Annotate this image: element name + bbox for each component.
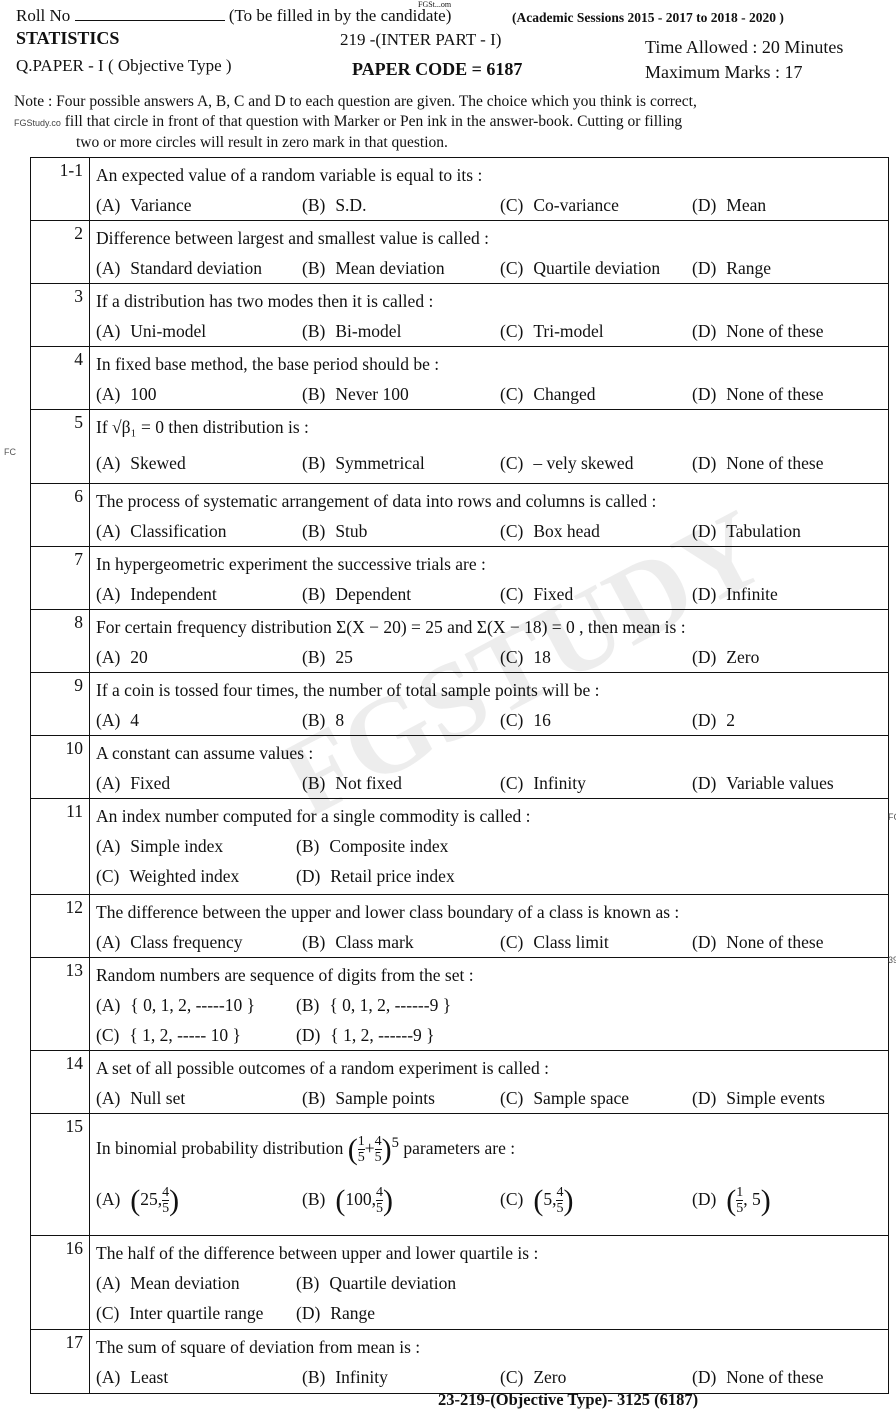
question-body: In fixed base method, the base period sh… bbox=[90, 347, 889, 410]
plus-sign: + bbox=[365, 1138, 375, 1158]
option-text: Simple events bbox=[726, 1088, 825, 1108]
option-text: Class frequency bbox=[130, 932, 242, 952]
option-tail: , 5 bbox=[743, 1189, 761, 1209]
option-letter: (C) bbox=[500, 647, 523, 667]
academic-sessions: (Academic Sessions 2015 - 2017 to 2018 -… bbox=[512, 10, 784, 26]
option-whole: 25, bbox=[140, 1189, 162, 1209]
option-text: Zero bbox=[533, 1367, 566, 1387]
option-text: Class mark bbox=[335, 932, 413, 952]
close-paren: ) bbox=[169, 1184, 179, 1217]
options-row: (A)Skewed(B)Symmetrical(C)– vely skewed(… bbox=[96, 448, 888, 478]
question-body: The half of the difference between upper… bbox=[90, 1236, 889, 1330]
question-text: In binomial probability distribution (15… bbox=[96, 1116, 888, 1170]
options-row: (A)Uni-model(B)Bi-model(C)Tri-model(D)No… bbox=[96, 316, 888, 346]
question-number: 11 bbox=[31, 799, 90, 895]
question-row: 3If a distribution has two modes then it… bbox=[31, 284, 889, 347]
question-row: 15In binomial probability distribution (… bbox=[31, 1114, 889, 1236]
option-letter: (D) bbox=[692, 773, 716, 793]
option-letter: (D) bbox=[692, 1088, 716, 1108]
option-a[interactable]: (A)Class frequency bbox=[96, 927, 302, 957]
option-letter: (D) bbox=[692, 1189, 716, 1209]
question-row: 14A set of all possible outcomes of a ra… bbox=[31, 1051, 889, 1114]
option-text: Weighted index bbox=[129, 866, 239, 886]
option-letter: (C) bbox=[96, 1025, 119, 1045]
option-d[interactable]: (D)Range bbox=[296, 1298, 375, 1328]
question-body: In hypergeometric experiment the success… bbox=[90, 547, 889, 610]
fraction: 45 bbox=[375, 1134, 382, 1165]
instructions-note: Note : Four possible answers A, B, C and… bbox=[14, 92, 884, 153]
option-c[interactable]: (C)Weighted index bbox=[96, 861, 296, 891]
option-letter: (B) bbox=[302, 1189, 325, 1209]
option-d[interactable]: (D)Variable values bbox=[692, 768, 834, 798]
option-letter: (A) bbox=[96, 932, 120, 952]
question-number: 16 bbox=[31, 1236, 90, 1330]
option-letter: (D) bbox=[692, 932, 716, 952]
option-text: Mean deviation bbox=[335, 258, 444, 278]
option-c[interactable]: (C){ 1, 2, ----- 10 } bbox=[96, 1020, 296, 1050]
question-body: An expected value of a random variable i… bbox=[90, 158, 889, 221]
option-whole: 100, bbox=[345, 1189, 376, 1209]
option-text: Infinity bbox=[335, 1367, 388, 1387]
option-letter: (C) bbox=[500, 1088, 523, 1108]
option-letter: (D) bbox=[296, 1025, 320, 1045]
option-text: Classification bbox=[130, 521, 226, 541]
option-text: 2 bbox=[726, 710, 735, 730]
option-c[interactable]: (C)18 bbox=[500, 642, 692, 672]
questions-table: 1-1An expected value of a random variabl… bbox=[30, 157, 889, 1394]
option-letter: (A) bbox=[96, 1088, 120, 1108]
option-text: S.D. bbox=[335, 195, 366, 215]
roll-no-label: Roll No bbox=[16, 6, 70, 25]
subject-title: STATISTICS bbox=[16, 28, 119, 49]
option-letter: (B) bbox=[302, 195, 325, 215]
option-text: Mean deviation bbox=[130, 1273, 239, 1293]
option-c[interactable]: (C)Fixed bbox=[500, 579, 692, 609]
option-a[interactable]: (A)Variance bbox=[96, 190, 302, 220]
question-text: The process of systematic arrangement of… bbox=[96, 486, 888, 516]
question-text: If a coin is tossed four times, the numb… bbox=[96, 675, 888, 705]
option-text: 8 bbox=[335, 710, 344, 730]
options-row: (C)Weighted index(D)Retail price index bbox=[96, 861, 888, 891]
option-text: None of these bbox=[726, 321, 823, 341]
question-body: If a coin is tossed four times, the numb… bbox=[90, 673, 889, 736]
option-letter: (A) bbox=[96, 384, 120, 404]
option-text: Range bbox=[330, 1303, 375, 1323]
option-letter: (C) bbox=[500, 195, 523, 215]
question-row: 4In fixed base method, the base period s… bbox=[31, 347, 889, 410]
option-c[interactable]: (C)Zero bbox=[500, 1362, 692, 1392]
options-row: (A)Fixed(B)Not fixed(C)Infinity(D)Variab… bbox=[96, 768, 888, 798]
option-letter: (A) bbox=[96, 321, 120, 341]
side-mark-right-2: 39 bbox=[888, 955, 896, 965]
option-letter: (C) bbox=[500, 321, 523, 341]
option-text: Simple index bbox=[130, 836, 223, 856]
option-letter: (D) bbox=[692, 521, 716, 541]
option-b[interactable]: (B)25 bbox=[302, 642, 500, 672]
option-a[interactable]: (A)Independent bbox=[96, 579, 302, 609]
option-letter: (A) bbox=[96, 195, 120, 215]
option-letter: (A) bbox=[96, 1189, 120, 1209]
option-a[interactable]: (A){ 0, 1, 2, -----10 } bbox=[96, 990, 296, 1020]
option-text: Symmetrical bbox=[335, 453, 424, 473]
roll-no-field[interactable] bbox=[75, 6, 225, 21]
option-d[interactable]: (D)None of these bbox=[692, 927, 824, 957]
roll-no-row: Roll No (To be filled in by the candidat… bbox=[16, 6, 451, 26]
option-b[interactable]: (B)Bi-model bbox=[302, 316, 500, 346]
option-letter: (C) bbox=[500, 710, 523, 730]
question-number: 12 bbox=[31, 895, 90, 958]
question-row: 10A constant can assume values :(A)Fixed… bbox=[31, 736, 889, 799]
option-d[interactable]: (D)2 bbox=[692, 705, 735, 735]
option-letter: (B) bbox=[302, 453, 325, 473]
option-text: None of these bbox=[726, 453, 823, 473]
option-b[interactable]: (B)Class mark bbox=[302, 927, 500, 957]
option-letter: (C) bbox=[500, 584, 523, 604]
open-paren: ( bbox=[348, 1133, 358, 1166]
option-text: Variance bbox=[130, 195, 191, 215]
option-c[interactable]: (C)Class limit bbox=[500, 927, 692, 957]
option-letter: (B) bbox=[302, 584, 325, 604]
question-text: If a distribution has two modes then it … bbox=[96, 286, 888, 316]
option-a[interactable]: (A)(25,45) bbox=[96, 1170, 302, 1228]
option-d[interactable]: (D){ 1, 2, ------9 } bbox=[296, 1020, 435, 1050]
option-text: 4 bbox=[130, 710, 139, 730]
option-text: Never 100 bbox=[335, 384, 408, 404]
options-row: (A)Variance(B)S.D.(C)Co-variance(D)Mean bbox=[96, 190, 888, 220]
option-b[interactable]: (B)Stub bbox=[302, 516, 500, 546]
option-letter: (A) bbox=[96, 258, 120, 278]
option-c[interactable]: (C)Changed bbox=[500, 379, 692, 409]
option-letter: (C) bbox=[96, 1303, 119, 1323]
option-text: { 1, 2, ------9 } bbox=[330, 1025, 434, 1045]
option-d[interactable]: (D)None of these bbox=[692, 448, 824, 478]
options-row: (C){ 1, 2, ----- 10 }(D){ 1, 2, ------9 … bbox=[96, 1020, 888, 1050]
option-a[interactable]: (A)Classification bbox=[96, 516, 302, 546]
options-row: (A)4(B)8(C)16(D)2 bbox=[96, 705, 888, 735]
option-letter: (C) bbox=[500, 1367, 523, 1387]
option-d[interactable]: (D)Range bbox=[692, 253, 771, 283]
option-d[interactable]: (D)Retail price index bbox=[296, 861, 455, 891]
option-text: 100 bbox=[130, 384, 156, 404]
option-letter: (D) bbox=[296, 1303, 320, 1323]
option-d[interactable]: (D)Mean bbox=[692, 190, 766, 220]
option-c[interactable]: (C)Co-variance bbox=[500, 190, 692, 220]
paper-class: 219 -(INTER PART - I) bbox=[340, 30, 501, 50]
question-row: 11An index number computed for a single … bbox=[31, 799, 889, 895]
question-text: The half of the difference between upper… bbox=[96, 1238, 888, 1268]
option-text: { 0, 1, 2, -----10 } bbox=[130, 995, 255, 1015]
option-d[interactable]: (D)Simple events bbox=[692, 1083, 825, 1113]
option-text: Class limit bbox=[533, 932, 608, 952]
options-row: (A)Null set(B)Sample points(C)Sample spa… bbox=[96, 1083, 888, 1113]
question-text-pre: If bbox=[96, 417, 112, 437]
question-text: Difference between largest and smallest … bbox=[96, 223, 888, 253]
open-paren: ( bbox=[533, 1184, 543, 1217]
option-letter: (C) bbox=[500, 1189, 523, 1209]
option-c[interactable]: (C)Sample space bbox=[500, 1083, 692, 1113]
option-b[interactable]: (B)Symmetrical bbox=[302, 448, 500, 478]
question-body: Random numbers are sequence of digits fr… bbox=[90, 958, 889, 1051]
question-row: 16The half of the difference between upp… bbox=[31, 1236, 889, 1330]
option-a[interactable]: (A)Mean deviation bbox=[96, 1268, 296, 1298]
option-text: Infinite bbox=[726, 584, 778, 604]
question-row: 17The sum of square of deviation from me… bbox=[31, 1330, 889, 1394]
option-text: Sample points bbox=[335, 1088, 435, 1108]
option-letter: (A) bbox=[96, 647, 120, 667]
question-number: 15 bbox=[31, 1114, 90, 1236]
option-b[interactable]: (B)(100,45) bbox=[302, 1170, 500, 1228]
option-letter: (C) bbox=[500, 453, 523, 473]
question-number: 1-1 bbox=[31, 158, 90, 221]
option-text: 25 bbox=[335, 647, 353, 667]
question-body: In binomial probability distribution (15… bbox=[90, 1114, 889, 1236]
question-body: For certain frequency distribution Σ(X −… bbox=[90, 610, 889, 673]
option-text: Dependent bbox=[335, 584, 411, 604]
option-letter: (C) bbox=[96, 866, 119, 886]
option-letter: (D) bbox=[692, 258, 716, 278]
option-text: { 0, 1, 2, ------9 } bbox=[329, 995, 451, 1015]
options-row: (A)Standard deviation(B)Mean deviation(C… bbox=[96, 253, 888, 283]
question-row: 2Difference between largest and smallest… bbox=[31, 221, 889, 284]
option-text: Variable values bbox=[726, 773, 833, 793]
option-text: Range bbox=[726, 258, 771, 278]
note-line-1: Note : Four possible answers A, B, C and… bbox=[14, 93, 697, 110]
question-body: The process of systematic arrangement of… bbox=[90, 484, 889, 547]
option-letter: (B) bbox=[302, 258, 325, 278]
option-text: Composite index bbox=[329, 836, 448, 856]
question-text: An expected value of a random variable i… bbox=[96, 160, 888, 190]
option-text: Independent bbox=[130, 584, 217, 604]
question-row: 13Random numbers are sequence of digits … bbox=[31, 958, 889, 1051]
option-text: Quartile deviation bbox=[329, 1273, 456, 1293]
option-letter: (C) bbox=[500, 932, 523, 952]
option-c[interactable]: (C)Inter quartile range bbox=[96, 1298, 296, 1328]
option-d[interactable]: (D)Infinite bbox=[692, 579, 778, 609]
option-letter: (A) bbox=[96, 1367, 120, 1387]
option-text: Tabulation bbox=[726, 521, 801, 541]
options-row: (A)Classification(B)Stub(C)Box head(D)Ta… bbox=[96, 516, 888, 546]
option-letter: (D) bbox=[692, 710, 716, 730]
option-letter: (C) bbox=[500, 521, 523, 541]
question-number: 3 bbox=[31, 284, 90, 347]
question-number: 7 bbox=[31, 547, 90, 610]
option-a[interactable]: (A)Least bbox=[96, 1362, 302, 1392]
question-text: The difference between the upper and low… bbox=[96, 897, 888, 927]
option-a[interactable]: (A)Uni-model bbox=[96, 316, 302, 346]
option-letter: (B) bbox=[302, 321, 325, 341]
option-letter: (D) bbox=[692, 1367, 716, 1387]
question-text: For certain frequency distribution Σ(X −… bbox=[96, 612, 888, 642]
option-letter: (A) bbox=[96, 453, 120, 473]
option-letter: (A) bbox=[96, 773, 120, 793]
option-d[interactable]: (D)Zero bbox=[692, 642, 759, 672]
option-letter: (B) bbox=[302, 710, 325, 730]
option-text: Co-variance bbox=[533, 195, 619, 215]
question-number: 10 bbox=[31, 736, 90, 799]
math-expression: √β₁ = 0 bbox=[112, 417, 164, 437]
option-a[interactable]: (A)Skewed bbox=[96, 448, 302, 478]
option-text: Fixed bbox=[533, 584, 573, 604]
option-text: Sample space bbox=[533, 1088, 629, 1108]
option-text: Uni-model bbox=[130, 321, 206, 341]
question-number: 17 bbox=[31, 1330, 90, 1394]
option-text: 18 bbox=[533, 647, 551, 667]
close-paren: ) bbox=[383, 1184, 393, 1217]
option-text: None of these bbox=[726, 932, 823, 952]
option-b[interactable]: (B)8 bbox=[302, 705, 500, 735]
option-c[interactable]: (C)– vely skewed bbox=[500, 448, 692, 478]
question-body: If √β₁ = 0 then distribution is :(A)Skew… bbox=[90, 410, 889, 484]
option-d[interactable]: (D)None of these bbox=[692, 316, 824, 346]
option-b[interactable]: (B)Not fixed bbox=[302, 768, 500, 798]
option-text: Bi-model bbox=[335, 321, 401, 341]
option-a[interactable]: (A)Null set bbox=[96, 1083, 302, 1113]
option-a[interactable]: (A)100 bbox=[96, 379, 302, 409]
option-c[interactable]: (C)Tri-model bbox=[500, 316, 692, 346]
question-text: In fixed base method, the base period sh… bbox=[96, 349, 888, 379]
option-c[interactable]: (C)16 bbox=[500, 705, 692, 735]
option-c[interactable]: (C)Infinity bbox=[500, 768, 692, 798]
option-a[interactable]: (A)Fixed bbox=[96, 768, 302, 798]
option-letter: (B) bbox=[302, 521, 325, 541]
question-row: 9If a coin is tossed four times, the num… bbox=[31, 673, 889, 736]
question-body: A set of all possible outcomes of a rand… bbox=[90, 1051, 889, 1114]
option-letter: (C) bbox=[500, 384, 523, 404]
option-letter: (D) bbox=[692, 453, 716, 473]
option-letter: (C) bbox=[500, 773, 523, 793]
option-b[interactable]: (B)Sample points bbox=[302, 1083, 500, 1113]
options-row: (A)Least(B)Infinity(C)Zero(D)None of the… bbox=[96, 1362, 888, 1392]
question-row: 6The process of systematic arrangement o… bbox=[31, 484, 889, 547]
option-text: Null set bbox=[130, 1088, 185, 1108]
exponent: 5 bbox=[392, 1135, 399, 1151]
note-line-3: two or more circles will result in zero … bbox=[14, 133, 884, 153]
question-number: 4 bbox=[31, 347, 90, 410]
option-letter: (D) bbox=[692, 647, 716, 667]
options-row: (A)Class frequency(B)Class mark(C)Class … bbox=[96, 927, 888, 957]
open-paren: ( bbox=[130, 1184, 140, 1217]
question-body: A constant can assume values :(A)Fixed(B… bbox=[90, 736, 889, 799]
option-letter: (B) bbox=[296, 995, 319, 1015]
option-d[interactable]: (D)None of these bbox=[692, 1362, 824, 1392]
question-number: 5 bbox=[31, 410, 90, 484]
option-text: None of these bbox=[726, 1367, 823, 1387]
paper-type: Q.PAPER - I ( Objective Type ) bbox=[16, 56, 232, 76]
option-letter: (B) bbox=[296, 836, 319, 856]
option-letter: (D) bbox=[692, 321, 716, 341]
option-letter: (B) bbox=[302, 932, 325, 952]
options-row: (A){ 0, 1, 2, -----10 }(B){ 0, 1, 2, ---… bbox=[96, 990, 888, 1020]
paper-footer: 23-219-(Objective Type)- 3125 (6187) bbox=[438, 1390, 698, 1410]
option-text: Standard deviation bbox=[130, 258, 262, 278]
option-text: Skewed bbox=[130, 453, 185, 473]
option-b[interactable]: (B)Never 100 bbox=[302, 379, 500, 409]
option-letter: (D) bbox=[692, 584, 716, 604]
option-c[interactable]: (C)Box head bbox=[500, 516, 692, 546]
option-letter: (A) bbox=[96, 584, 120, 604]
option-letter: (A) bbox=[96, 836, 120, 856]
option-text: – vely skewed bbox=[533, 453, 633, 473]
question-number: 6 bbox=[31, 484, 90, 547]
site-tag: FGStudy.co bbox=[14, 118, 61, 128]
option-b[interactable]: (B)S.D. bbox=[302, 190, 500, 220]
option-text: Infinity bbox=[533, 773, 586, 793]
question-text-post: parameters are : bbox=[399, 1138, 515, 1158]
option-c[interactable]: (C)(5,45) bbox=[500, 1170, 692, 1228]
question-body: The sum of square of deviation from mean… bbox=[90, 1330, 889, 1394]
options-row: (A)Simple index(B)Composite index bbox=[96, 831, 888, 861]
option-text: Zero bbox=[726, 647, 759, 667]
option-b[interactable]: (B)Composite index bbox=[296, 831, 448, 861]
option-text: Mean bbox=[726, 195, 766, 215]
option-text: Inter quartile range bbox=[129, 1303, 263, 1323]
option-a[interactable]: (A)4 bbox=[96, 705, 302, 735]
option-a[interactable]: (A)Standard deviation bbox=[96, 253, 302, 283]
option-letter: (B) bbox=[302, 384, 325, 404]
question-number: 9 bbox=[31, 673, 90, 736]
option-text: Box head bbox=[533, 521, 600, 541]
close-paren: ) bbox=[382, 1133, 392, 1166]
option-text: Not fixed bbox=[335, 773, 402, 793]
option-a[interactable]: (A)Simple index bbox=[96, 831, 296, 861]
top-watermark: FGSt...om bbox=[418, 0, 451, 9]
option-letter: (D) bbox=[692, 195, 716, 215]
options-row: (A)Mean deviation(B)Quartile deviation bbox=[96, 1268, 888, 1298]
option-letter: (B) bbox=[302, 647, 325, 667]
question-text: A constant can assume values : bbox=[96, 738, 888, 768]
option-text: { 1, 2, ----- 10 } bbox=[129, 1025, 241, 1045]
time-allowed: Time Allowed : 20 Minutes bbox=[645, 37, 843, 58]
options-row: (A)20(B)25(C)18(D)Zero bbox=[96, 642, 888, 672]
option-d[interactable]: (D)None of these bbox=[692, 379, 824, 409]
option-b[interactable]: (B)Infinity bbox=[302, 1362, 500, 1392]
question-body: An index number computed for a single co… bbox=[90, 799, 889, 895]
open-paren: ( bbox=[335, 1184, 345, 1217]
paper-code: PAPER CODE = 6187 bbox=[352, 59, 522, 80]
option-b[interactable]: (B){ 0, 1, 2, ------9 } bbox=[296, 990, 451, 1020]
maximum-marks: Maximum Marks : 17 bbox=[645, 62, 803, 83]
question-text: In hypergeometric experiment the success… bbox=[96, 549, 888, 579]
close-paren: ) bbox=[761, 1184, 771, 1217]
side-mark-right-1: FC bbox=[888, 812, 896, 822]
question-number: 14 bbox=[31, 1051, 90, 1114]
option-letter: (A) bbox=[96, 521, 120, 541]
question-text: A set of all possible outcomes of a rand… bbox=[96, 1053, 888, 1083]
option-letter: (B) bbox=[302, 1088, 325, 1108]
option-letter: (B) bbox=[302, 1367, 325, 1387]
question-row: 7In hypergeometric experiment the succes… bbox=[31, 547, 889, 610]
option-b[interactable]: (B)Mean deviation bbox=[302, 253, 500, 283]
option-a[interactable]: (A)20 bbox=[96, 642, 302, 672]
question-text: If √β₁ = 0 then distribution is : bbox=[96, 412, 888, 448]
option-d[interactable]: (D)Tabulation bbox=[692, 516, 801, 546]
option-text: Tri-model bbox=[533, 321, 603, 341]
option-text: Changed bbox=[533, 384, 595, 404]
option-letter: (A) bbox=[96, 1273, 120, 1293]
fraction: 45 bbox=[376, 1185, 383, 1216]
note-line-2: fill that circle in front of that questi… bbox=[61, 113, 682, 130]
option-c[interactable]: (C)Quartile deviation bbox=[500, 253, 692, 283]
option-letter: (D) bbox=[296, 866, 320, 886]
question-number: 2 bbox=[31, 221, 90, 284]
option-letter: (B) bbox=[302, 773, 325, 793]
option-letter: (B) bbox=[296, 1273, 319, 1293]
option-d[interactable]: (D)(15, 5) bbox=[692, 1170, 771, 1228]
option-b[interactable]: (B)Dependent bbox=[302, 579, 500, 609]
option-b[interactable]: (B)Quartile deviation bbox=[296, 1268, 456, 1298]
question-text: Random numbers are sequence of digits fr… bbox=[96, 960, 888, 990]
question-row: 8For certain frequency distribution Σ(X … bbox=[31, 610, 889, 673]
